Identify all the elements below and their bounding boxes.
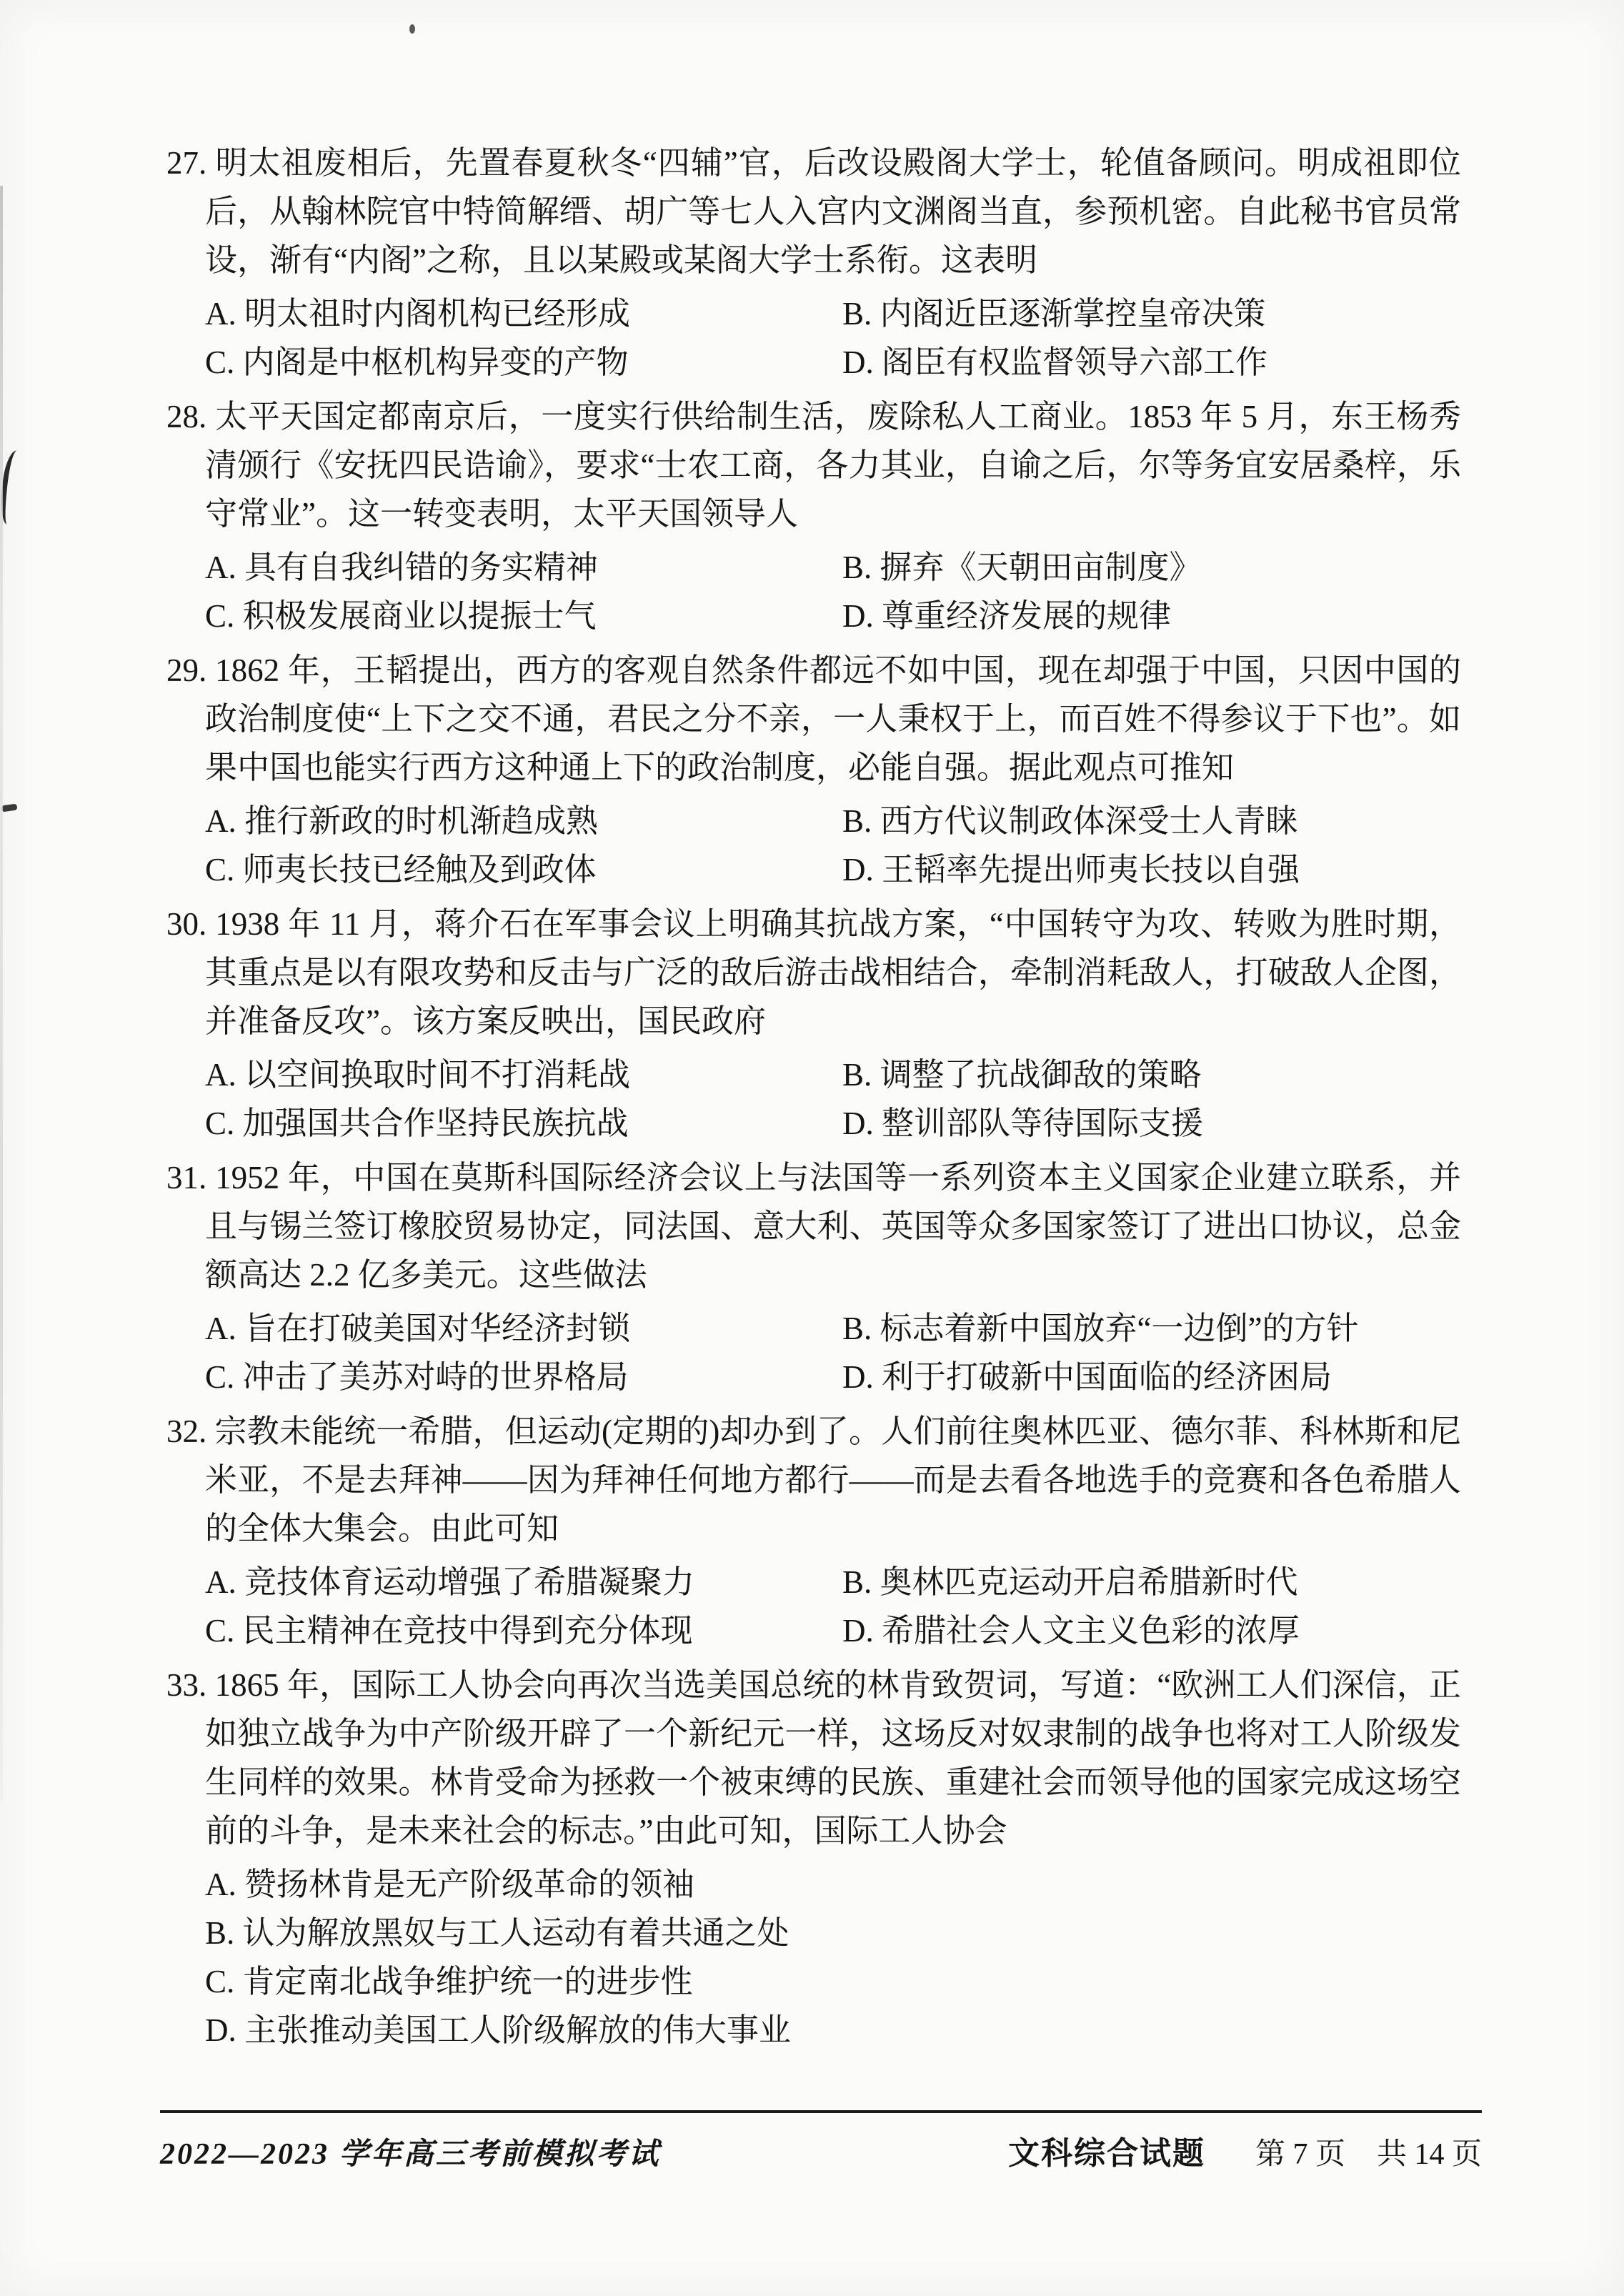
page-number: 第 7 页 (1255, 2137, 1345, 2172)
option-D: D. 利于打破新中国面临的经济困局 (842, 1353, 1461, 1401)
option-A: A. 具有自我纠错的务实精神 (205, 543, 842, 592)
question-number: 29. (166, 652, 206, 688)
option-text: 明太祖时内阁机构已经形成 (244, 296, 630, 332)
question-list: 27. 明太祖废相后，先置春夏秋冬“四辅”官，后改设殿阁大学士，轮值备顾问。明成… (166, 139, 1461, 2060)
option-text: 摒弃《天朝田亩制度》 (880, 550, 1202, 585)
option-C: C. 民主精神在竞技中得到充分体现 (205, 1606, 842, 1655)
option-B: B. 认为解放黑奴与工人运动有着共通之处 (205, 1909, 1461, 1957)
page-indicator: 第 7 页 共 14 页 (1255, 2137, 1482, 2172)
option-label: C. (205, 1105, 234, 1141)
option-C: C. 师夷长技已经触及到政体 (205, 845, 842, 894)
question-stem-text: 1862 年，王韬提出，西方的客观自然条件都远不如中国，现在却强于中国，只因中国… (205, 652, 1461, 785)
option-text: 奥林匹克运动开启希腊新时代 (880, 1564, 1298, 1600)
option-label: C. (205, 852, 234, 888)
option-text: 民主精神在竞技中得到充分体现 (243, 1613, 693, 1649)
question-stem: 30. 1938 年 11 月，蒋介石在军事会议上明确其抗战方案，“中国转守为攻… (166, 900, 1461, 1045)
option-text: 内阁近臣逐渐掌控皇帝决策 (880, 296, 1266, 332)
options: A. 赞扬林肯是无产阶级革命的领袖B. 认为解放黑奴与工人运动有着共通之处C. … (205, 1860, 1461, 2054)
option-label: D. (842, 852, 874, 888)
option-label: A. (205, 1311, 236, 1346)
option-label: A. (205, 550, 236, 585)
question-number: 32. (166, 1413, 206, 1449)
question-28: 28. 太平天国定都南京后，一度实行供给制生活，废除私人工商业。1853 年 5… (166, 392, 1461, 640)
option-label: D. (842, 344, 874, 380)
question-number: 30. (166, 906, 206, 942)
question-stem-text: 1938 年 11 月，蒋介石在军事会议上明确其抗战方案，“中国转守为攻、转败为… (205, 906, 1461, 1039)
option-text: 西方代议制政体深受士人青睐 (880, 803, 1298, 839)
question-stem: 32. 宗教未能统一希腊，但运动(定期的)却办到了。人们前往奥林匹亚、德尔菲、科… (166, 1407, 1461, 1553)
question-number: 28. (166, 399, 206, 434)
option-label: A. (205, 1867, 236, 1902)
question-stem: 27. 明太祖废相后，先置春夏秋冬“四辅”官，后改设殿阁大学士，轮值备顾问。明成… (166, 139, 1461, 284)
option-label: A. (205, 296, 236, 332)
question-stem-text: 宗教未能统一希腊，但运动(定期的)却办到了。人们前往奥林匹亚、德尔菲、科林斯和尼… (205, 1413, 1461, 1546)
option-label: C. (205, 1613, 234, 1649)
footer-right-group: 文科综合试题 第 7 页 共 14 页 (1008, 2136, 1482, 2172)
option-text: 调整了抗战御敌的策略 (880, 1057, 1202, 1093)
question-stem-text: 明太祖废相后，先置春夏秋冬“四辅”官，后改设殿阁大学士，轮值备顾问。明成祖即位后… (205, 145, 1461, 278)
option-text: 旨在打破美国对华经济封锁 (244, 1311, 630, 1346)
option-label: C. (205, 1359, 234, 1395)
option-label: A. (205, 1564, 236, 1600)
option-text: 主张推动美国工人阶级解放的伟大事业 (244, 2012, 791, 2048)
option-text: 阁臣有权监督领导六部工作 (882, 344, 1267, 380)
option-label: B. (205, 1915, 234, 1951)
option-text: 内阁是中枢机构异变的产物 (243, 344, 629, 380)
option-text: 标志着新中国放弃“一边倒”的方针 (880, 1311, 1359, 1346)
option-label: D. (842, 1105, 874, 1141)
option-text: 赞扬林肯是无产阶级革命的领袖 (244, 1867, 694, 1902)
option-text: 加强国共合作坚持民族抗战 (243, 1105, 629, 1141)
question-stem-text: 太平天国定都南京后，一度实行供给制生活，废除私人工商业。1853 年 5 月，东… (205, 399, 1461, 532)
options: A. 竞技体育运动增强了希腊凝聚力B. 奥林匹克运动开启希腊新时代C. 民主精神… (205, 1558, 1461, 1655)
option-text: 具有自我纠错的务实精神 (244, 550, 598, 585)
option-label: D. (205, 2012, 236, 2048)
options: A. 具有自我纠错的务实精神B. 摒弃《天朝田亩制度》C. 积极发展商业以提振士… (205, 543, 1461, 640)
question-stem: 29. 1862 年，王韬提出，西方的客观自然条件都远不如中国，现在却强于中国，… (166, 646, 1461, 792)
option-C: C. 肯定南北战争维护统一的进步性 (205, 1957, 1461, 2006)
question-number: 27. (166, 145, 206, 181)
question-29: 29. 1862 年，王韬提出，西方的客观自然条件都远不如中国，现在却强于中国，… (166, 646, 1461, 894)
exam-session-label: 2022—2023 学年高三考前模拟考试 (160, 2137, 661, 2172)
question-number: 31. (166, 1160, 206, 1196)
option-C: C. 内阁是中枢机构异变的产物 (205, 338, 842, 387)
question-32: 32. 宗教未能统一希腊，但运动(定期的)却办到了。人们前往奥林匹亚、德尔菲、科… (166, 1407, 1461, 1655)
options: A. 推行新政的时机渐趋成熟B. 西方代议制政体深受士人青睐C. 师夷长技已经触… (205, 797, 1461, 894)
option-B: B. 摒弃《天朝田亩制度》 (842, 543, 1461, 592)
option-text: 利于打破新中国面临的经济困局 (882, 1359, 1332, 1395)
question-33: 33. 1865 年，国际工人协会向再次当选美国总统的林肯致贺词，写道：“欧洲工… (166, 1661, 1461, 2054)
question-stem-text: 1952 年，中国在莫斯科国际经济会议上与法国等一系列资本主义国家企业建立联系，… (205, 1160, 1461, 1293)
option-text: 认为解放黑奴与工人运动有着共通之处 (243, 1915, 789, 1951)
question-stem: 33. 1865 年，国际工人协会向再次当选美国总统的林肯致贺词，写道：“欧洲工… (166, 1661, 1461, 1855)
option-B: B. 内阁近臣逐渐掌控皇帝决策 (842, 289, 1461, 338)
option-B: B. 奥林匹克运动开启希腊新时代 (842, 1558, 1461, 1606)
option-A: A. 旨在打破美国对华经济封锁 (205, 1304, 842, 1353)
question-stem: 28. 太平天国定都南京后，一度实行供给制生活，废除私人工商业。1853 年 5… (166, 392, 1461, 538)
option-label: D. (842, 1613, 874, 1649)
options: A. 以空间换取时间不打消耗战B. 调整了抗战御敌的策略C. 加强国共合作坚持民… (205, 1050, 1461, 1148)
option-label: B. (842, 1564, 872, 1600)
option-D: D. 尊重经济发展的规律 (842, 592, 1461, 640)
option-label: B. (842, 550, 872, 585)
option-text: 整训部队等待国际支援 (882, 1105, 1203, 1141)
option-A: A. 赞扬林肯是无产阶级革命的领袖 (205, 1860, 1461, 1909)
option-text: 尊重经济发展的规律 (882, 598, 1171, 634)
option-C: C. 积极发展商业以提振士气 (205, 592, 842, 640)
footer-divider (160, 2110, 1482, 2113)
scan-artifact (0, 449, 24, 525)
option-D: D. 整训部队等待国际支援 (842, 1099, 1461, 1148)
paper-title: 文科综合试题 (1008, 2136, 1205, 2172)
option-text: 推行新政的时机渐趋成熟 (244, 803, 598, 839)
option-text: 积极发展商业以提振士气 (243, 598, 597, 634)
option-text: 冲击了美苏对峙的世界格局 (243, 1359, 629, 1395)
option-B: B. 西方代议制政体深受士人青睐 (842, 797, 1461, 845)
option-label: C. (205, 1964, 234, 1999)
page-total: 共 14 页 (1377, 2137, 1482, 2172)
option-text: 师夷长技已经触及到政体 (243, 852, 597, 888)
question-30: 30. 1938 年 11 月，蒋介石在军事会议上明确其抗战方案，“中国转守为攻… (166, 900, 1461, 1148)
option-A: A. 竞技体育运动增强了希腊凝聚力 (205, 1558, 842, 1606)
scan-artifact (409, 24, 415, 34)
options: A. 旨在打破美国对华经济封锁B. 标志着新中国放弃“一边倒”的方针C. 冲击了… (205, 1304, 1461, 1401)
option-text: 肯定南北战争维护统一的进步性 (243, 1964, 693, 1999)
scan-artifact (1, 804, 17, 812)
question-31: 31. 1952 年，中国在莫斯科国际经济会议上与法国等一系列资本主义国家企业建… (166, 1153, 1461, 1401)
option-D: D. 王韬率先提出师夷长技以自强 (842, 845, 1461, 894)
question-stem-text: 1865 年，国际工人协会向再次当选美国总统的林肯致贺词，写道：“欧洲工人们深信… (205, 1667, 1461, 1849)
option-C: C. 加强国共合作坚持民族抗战 (205, 1099, 842, 1148)
options: A. 明太祖时内阁机构已经形成B. 内阁近臣逐渐掌控皇帝决策C. 内阁是中枢机构… (205, 289, 1461, 387)
option-text: 王韬率先提出师夷长技以自强 (882, 852, 1300, 888)
option-label: C. (205, 598, 234, 634)
option-A: A. 推行新政的时机渐趋成熟 (205, 797, 842, 845)
option-label: B. (842, 1311, 872, 1346)
option-C: C. 冲击了美苏对峙的世界格局 (205, 1353, 842, 1401)
question-27: 27. 明太祖废相后，先置春夏秋冬“四辅”官，后改设殿阁大学士，轮值备顾问。明成… (166, 139, 1461, 387)
option-D: D. 阁臣有权监督领导六部工作 (842, 338, 1461, 387)
option-label: A. (205, 1057, 236, 1093)
option-text: 希腊社会人文主义色彩的浓厚 (882, 1613, 1300, 1649)
page-footer: 2022—2023 学年高三考前模拟考试 文科综合试题 第 7 页 共 14 页 (160, 2110, 1482, 2172)
scan-edge-shadow (0, 186, 3, 1801)
option-B: B. 标志着新中国放弃“一边倒”的方针 (842, 1304, 1461, 1353)
option-label: D. (842, 598, 874, 634)
option-label: B. (842, 296, 872, 332)
question-stem: 31. 1952 年，中国在莫斯科国际经济会议上与法国等一系列资本主义国家企业建… (166, 1153, 1461, 1299)
option-D: D. 希腊社会人文主义色彩的浓厚 (842, 1606, 1461, 1655)
option-A: A. 以空间换取时间不打消耗战 (205, 1050, 842, 1099)
exam-page: 27. 明太祖废相后，先置春夏秋冬“四辅”官，后改设殿阁大学士，轮值备顾问。明成… (0, 0, 1624, 2296)
option-A: A. 明太祖时内阁机构已经形成 (205, 289, 842, 338)
option-D: D. 主张推动美国工人阶级解放的伟大事业 (205, 2006, 1461, 2054)
option-label: C. (205, 344, 234, 380)
option-text: 竞技体育运动增强了希腊凝聚力 (244, 1564, 694, 1600)
option-label: B. (842, 1057, 872, 1093)
option-label: D. (842, 1359, 874, 1395)
option-text: 以空间换取时间不打消耗战 (244, 1057, 630, 1093)
option-label: B. (842, 803, 872, 839)
question-number: 33. (166, 1667, 206, 1703)
option-B: B. 调整了抗战御敌的策略 (842, 1050, 1461, 1099)
option-label: A. (205, 803, 236, 839)
